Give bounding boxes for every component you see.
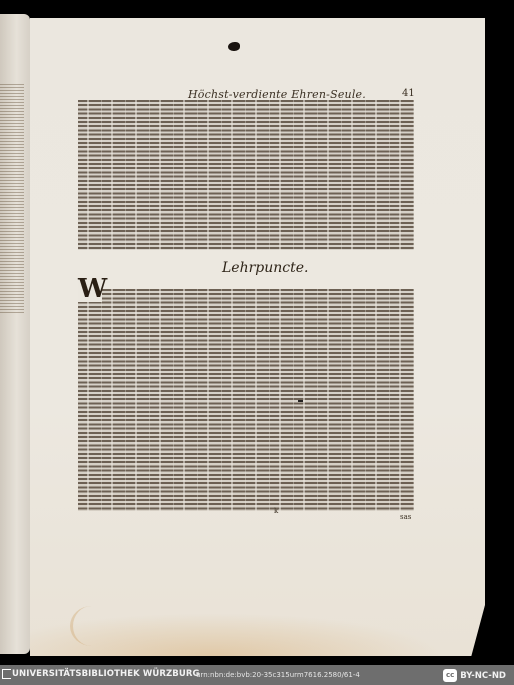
library-logo-icon	[2, 669, 11, 679]
cc-icon: cc	[443, 669, 457, 682]
library-name: UNIVERSITÄTSBIBLIOTHEK WÜRZBURG	[12, 669, 200, 679]
license-badge[interactable]: cc BY-NC-ND	[443, 669, 506, 682]
footer-bar: UNIVERSITÄTSBIBLIOTHEK WÜRZBURG urn:nbn:…	[0, 665, 514, 685]
urn-identifier[interactable]: urn:nbn:de:bvb:20-35c315urm7616.2580/61-…	[196, 671, 360, 679]
license-label: BY-NC-ND	[460, 671, 506, 681]
ink-blot	[228, 42, 240, 51]
left-page-text-fragment	[0, 84, 24, 314]
signature-mark: k	[274, 507, 278, 515]
body-text-block-lower	[78, 289, 414, 511]
body-text-block-upper	[78, 100, 414, 250]
left-facing-page-edge	[0, 14, 30, 654]
water-stain-edge	[70, 606, 113, 646]
library-logo[interactable]: UNIVERSITÄTSBIBLIOTHEK WÜRZBURG	[2, 669, 200, 679]
decorated-initial-letter: W	[78, 276, 102, 302]
page-number: 41	[402, 88, 415, 99]
catchword: sas	[400, 513, 411, 521]
scanned-book-image: Höchst-verdiente Ehren-Seule. 41 Lehrpun…	[0, 0, 514, 665]
section-title: Lehrpuncte.	[222, 260, 309, 276]
